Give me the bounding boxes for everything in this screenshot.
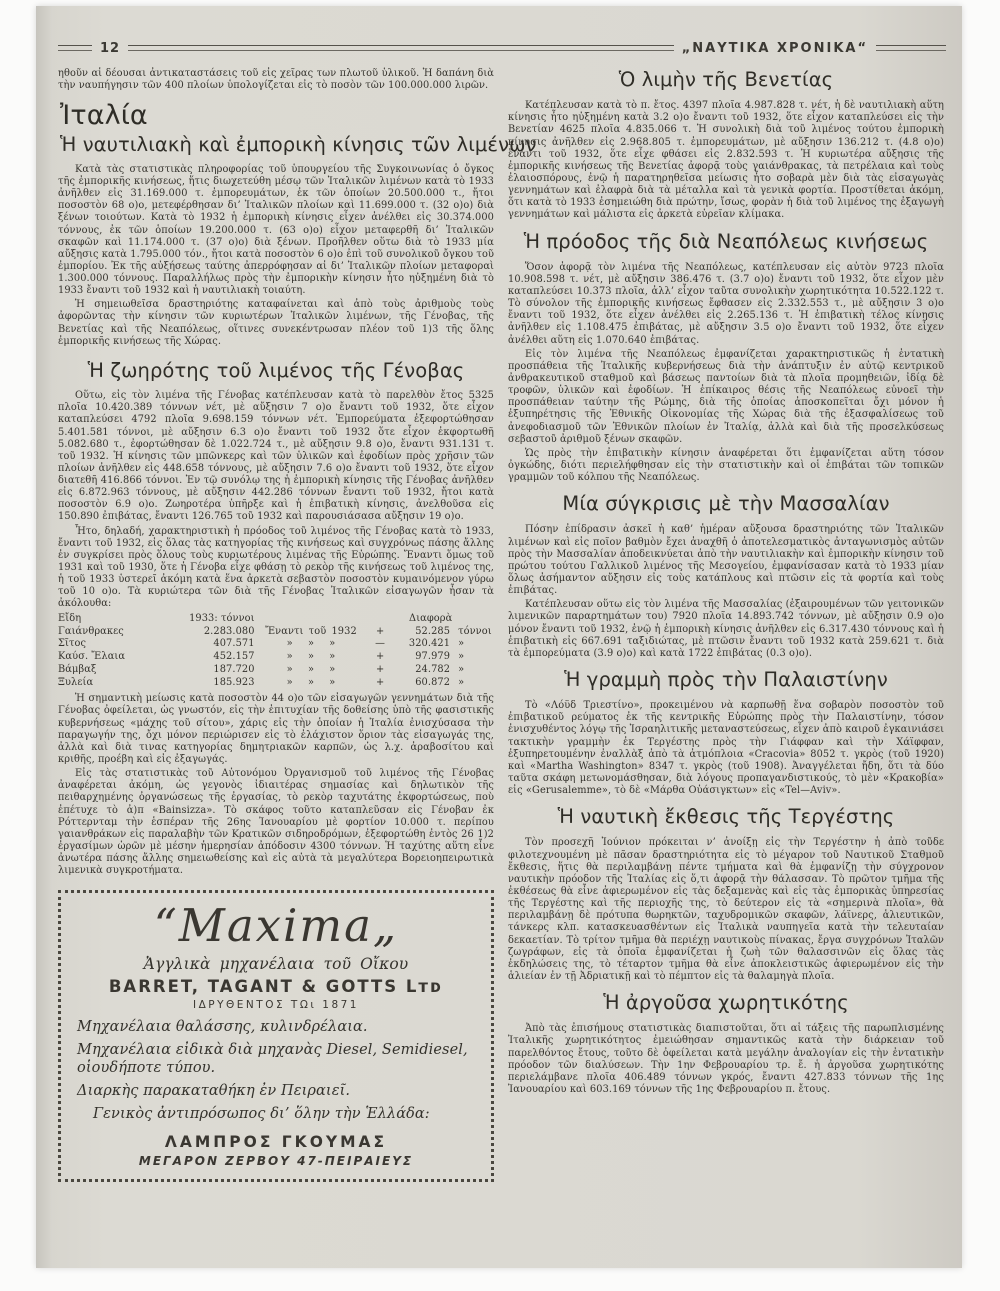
cell-tons-1933: 407.571 — [164, 638, 254, 651]
right-column: Ὁ λιμὴν τῆς Βενετίας Κατέπλευσαν κατὰ τὸ… — [508, 68, 944, 1098]
naples-paragraph-1: Ὅσον ἀφορᾷ τὸν λιμένα τῆς Νεαπόλεως, κατ… — [508, 262, 944, 347]
cell-sign: + — [367, 664, 392, 677]
column-header-species: Εἴδη — [58, 613, 164, 626]
venice-paragraph-1: Κατέπλευσαν κατὰ τὸ π. ἔτος. 4397 πλοῖα … — [508, 100, 944, 221]
cell-diff: 52.285 — [393, 626, 450, 639]
cell-vs-ditto: » » » — [255, 638, 368, 651]
section-title-venice: Ὁ λιμὴν τῆς Βενετίας — [508, 68, 944, 92]
cell-tons-1933: 185.923 — [164, 677, 254, 690]
italy-paragraph-1: Κατὰ τὰς στατιστικὰς πληροφορίας τοῦ ὑπο… — [58, 164, 494, 298]
italy-paragraph-2: Ἡ σημειωθεῖσα δραστηριότης καταφαίνεται … — [58, 299, 494, 348]
cell-sign: + — [367, 626, 392, 639]
page-number: 12 — [100, 41, 120, 56]
cell-species: Σῖτος — [58, 638, 164, 651]
cell-unit: » — [450, 664, 494, 677]
cell-species: Καύσ. Ἔλαια — [58, 651, 164, 664]
continuation-paragraph: ηθοῦν αἱ δέουσαι ἀντικαταστάσεις τοῦ εἰς… — [58, 68, 494, 92]
cell-diff: 320.421 — [393, 638, 450, 651]
cell-species: Ξυλεία — [58, 677, 164, 690]
ad-agent-name: ΛΑΜΠΡΟΣ ΓΚΟΥΜΑΣ — [77, 1133, 475, 1152]
cell-tons-1933: 2.283.080 — [164, 626, 254, 639]
section-title-genoa: Ἡ ζωηρότης τοῦ λιμένος τῆς Γένοβας — [58, 359, 494, 383]
header-rule-center — [128, 45, 674, 51]
cell-vs-ditto: » » » — [255, 677, 368, 690]
table-row-cotton: Βάμβαξ 187.720 » » » + 24.782 » — [58, 664, 494, 677]
ad-product-line: Μηχανέλαια εἰδικὰ διὰ μηχανὰς Diesel, Se… — [77, 1041, 475, 1077]
header-rule-right — [876, 45, 946, 51]
header-rule-left — [58, 45, 92, 51]
table-row-timber: Ξυλεία 185.923 » » » + 60.872 » — [58, 677, 494, 690]
cell-sign: + — [367, 651, 392, 664]
ad-founded-year: ΙΔΡΥΘΕΝΤΟΣ ΤΩι 1871 — [77, 999, 475, 1012]
naples-paragraph-3: Ὡς πρὸς τὴν ἐπιβατικὴν κίνησιν ἀναφέρετα… — [508, 448, 944, 484]
cell-tons-1933: 187.720 — [164, 664, 254, 677]
cell-sign: — — [367, 638, 392, 651]
ad-company-name: BARRET, TAGANT & GOTTS Lᴛᴅ — [77, 977, 475, 997]
cell-diff: 60.872 — [393, 677, 450, 690]
ad-brand-name: “Maxima„ — [77, 901, 475, 951]
cell-sign: + — [367, 677, 392, 690]
table-row-fuel-oils: Καύσ. Ἔλαια 452.157 » » » + 97.979 » — [58, 651, 494, 664]
section-title-trieste: Ἡ ναυτικὴ ἔκθεσις τῆς Τεργέστης — [508, 805, 944, 829]
cell-vs-1932: Ἔναντι τοῦ 1932 — [255, 626, 368, 639]
magazine-page: 12 „ΝΑΥΤΙΚΑ ΧΡΟΝΙΚΑ“ ηθοῦν αἱ δέουσαι ἀν… — [36, 6, 962, 1268]
palestine-paragraph-1: Τὸ «Λόϋδ Τριεστίνο», προκειμένου νὰ καρπ… — [508, 700, 944, 797]
cell-species: Γαιάνθρακες — [58, 626, 164, 639]
section-title-marseille: Μία σύγκρισις μὲ τὴν Μασσαλίαν — [508, 492, 944, 516]
section-subtitle-italy: Ἡ ναυτιλιακὴ καὶ ἐμπορικὴ κίνησις τῶν λι… — [60, 133, 494, 157]
cell-unit: » — [450, 677, 494, 690]
genoa-paragraph-4: Εἰς τὰς στατιστικὰς τοῦ Αὐτονόμου Ὀργανι… — [58, 768, 494, 877]
cell-tons-1933: 452.157 — [164, 651, 254, 664]
section-title-idle-tonnage: Ἡ ἀργοῦσα χωρητικότης — [508, 991, 944, 1015]
marseille-paragraph-1: Πόσην ἐπίδρασιν ἀσκεῖ ἡ καθ’ ἡμέραν αὔξο… — [508, 524, 944, 597]
column-header-spacer — [255, 613, 368, 626]
cell-vs-ditto: » » » — [255, 664, 368, 677]
ad-tagline: Ἀγγλικὰ μηχανέλαια τοῦ Οἴκου — [77, 955, 475, 974]
page-header: 12 „ΝΑΥΤΙΚΑ ΧΡΟΝΙΚΑ“ — [58, 40, 946, 56]
cell-unit: » — [450, 651, 494, 664]
cell-vs-ditto: » » » — [255, 651, 368, 664]
ad-agent-address: ΜΕΓΑΡΟΝ ΖΕΡΒΟΥ 47-ΠΕΙΡΑΙΕΥΣ — [77, 1154, 475, 1169]
naples-paragraph-2: Εἰς τὸν λιμένα τῆς Νεαπόλεως ἐμφανίζεται… — [508, 349, 944, 446]
genoa-paragraph-1: Οὕτω, εἰς τὸν λιμένα τῆς Γένοβας κατέπλε… — [58, 390, 494, 524]
table-row-wheat: Σῖτος 407.571 » » » — 320.421 » — [58, 638, 494, 651]
cell-unit: τόννοι — [450, 626, 494, 639]
section-title-palestine: Ἡ γραμμὴ πρὸς τὴν Παλαιστίνην — [508, 668, 944, 692]
ad-product-line: Μηχανέλαια θαλάσσης, κυλινδρέλαια. — [77, 1018, 475, 1036]
marseille-paragraph-2: Κατέπλευσαν οὕτω εἰς τὸν λιμένα τῆς Μασσ… — [508, 599, 944, 660]
cell-unit: » — [450, 638, 494, 651]
genoa-paragraph-2: Ἦτο, δηλαδή, χαρακτηριστικὴ ἡ πρόοδος το… — [58, 526, 494, 611]
section-title-italy: Ἰταλία — [60, 102, 494, 130]
maxima-advertisement: “Maxima„ Ἀγγλικὰ μηχανέλαια τοῦ Οἴκου BA… — [58, 890, 494, 1182]
ad-product-line: Διαρκὴς παρακαταθήκη ἐν Πειραιεῖ. — [77, 1082, 475, 1100]
imports-table: Εἴδη 1933: τόννοι Διαφορὰ Γαιάνθρακες 2.… — [58, 613, 494, 691]
cell-diff: 97.979 — [393, 651, 450, 664]
imports-table-header-row: Εἴδη 1933: τόννοι Διαφορὰ — [58, 613, 494, 626]
masthead-title: „ΝΑΥΤΙΚΑ ΧΡΟΝΙΚΑ“ — [682, 41, 868, 56]
section-title-naples: Ἡ πρόοδος τῆς διὰ Νεαπόλεως κινήσεως — [508, 230, 944, 254]
idle-tonnage-paragraph-1: Ἀπὸ τὰς ἐπισήμους στατιστικὰς διαπιστοῦτ… — [508, 1023, 944, 1096]
ad-representative-line: Γενικὸς ἀντιπρόσωπος δι’ ὅλην τὴν Ἑλλάδα… — [77, 1105, 475, 1123]
left-column: ηθοῦν αἱ δέουσαι ἀντικαταστάσεις τοῦ εἰς… — [58, 68, 494, 1182]
cell-diff: 24.782 — [393, 664, 450, 677]
table-row-coal: Γαιάνθρακες 2.283.080 Ἔναντι τοῦ 1932 + … — [58, 626, 494, 639]
cell-species: Βάμβαξ — [58, 664, 164, 677]
column-header-1933: 1933: τόννοι — [164, 613, 254, 626]
trieste-paragraph-1: Τὸν προσεχῆ Ἰούνιον πρόκειται ν’ ἀνοίξῃ … — [508, 837, 944, 983]
genoa-paragraph-3: Ἡ σημαντικὴ μείωσις κατὰ ποσοστὸν 44 ο)ο… — [58, 693, 494, 766]
column-header-diff: Διαφορὰ — [367, 613, 494, 626]
